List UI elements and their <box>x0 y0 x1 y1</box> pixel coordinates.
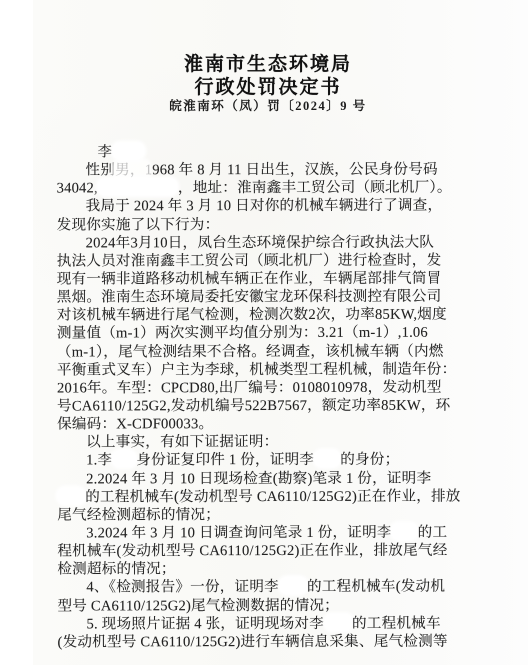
text-segment: 3.2024 年 3 月 10 日调查询问笔录 1 份，证明李 <box>86 525 391 542</box>
text-line: 34042,，地址：淮南鑫丰工贸公司（顾北机厂）。 <box>57 179 517 198</box>
redaction-blur <box>113 452 135 467</box>
text-line: 的工程机械车(发动机型号 CA6110/125G2)正在作业，排放 <box>57 487 517 506</box>
text-segment: 号CA6110/125G2,发动机编号522B7567，额定功率85KW，环 <box>57 398 450 415</box>
text-line: 4、《检测报告》一份，证明李的工程机械车(发动机 <box>57 578 517 597</box>
text-segment: 尾气经检测超标的情况； <box>57 507 220 523</box>
text-segment: 黑烟。淮南生态环境局委托安徽宝龙环保科技测控有限公司 <box>57 289 442 306</box>
text-line: 尾气经检测超标的情况； <box>57 505 517 524</box>
redaction-blur <box>325 615 351 630</box>
redaction-blur <box>99 180 177 195</box>
text-line: 平衡重式叉车）户主为李球，机械类型工程机械，制造年份： <box>57 360 517 379</box>
text-segment: 的工程机械车(发动机型号 CA6110/125G2)正在作业，排放 <box>85 488 460 505</box>
text-segment: 1968 年 8 月 11 日出生，汉族，公民身份号码 <box>145 162 438 179</box>
text-segment: ，地址：淮南鑫丰工贸公司（顾北机厂）。 <box>178 180 452 197</box>
text-segment: 李 <box>97 144 112 160</box>
text-segment: 保编码：X-CDF00033。 <box>57 416 213 432</box>
text-segment: 程机械车(发动机型号 CA6110/125G2)正在作业，排放尾气经 <box>57 543 447 560</box>
text-segment: 我局于 2024 年 3 月 10 日对你的机械车辆进行了调查， <box>86 198 443 215</box>
text-segment: 测量值（m-1）两次实测平均值分别为：3.21（m-1）,1.06 <box>57 325 428 342</box>
text-line: 李 <box>56 143 516 162</box>
text-segment: 34042, <box>57 181 98 197</box>
text-segment: 以上事实，有如下证据证明： <box>86 434 278 450</box>
text-line: (发动机型号 CA6110/125G2)进行车辆信息采集、尾气检测等 <box>57 632 517 651</box>
text-line: 5. 现场照片证据 4 张，证明现场对李的工程机械车 <box>57 614 517 633</box>
text-line: 3.2024 年 3 月 10 日调查询问笔录 1 份，证明李的工 <box>57 523 517 542</box>
text-line: 2024年3月10日，凤台生态环境保护综合行政执法大队 <box>57 233 517 252</box>
redaction-blur <box>393 524 417 539</box>
redaction-blur <box>113 143 143 158</box>
text-segment: 现有一辆非道路移动机械车辆正在作业，车辆尾部排气筒冒 <box>57 271 442 288</box>
text-segment: 2016年。车型：CPCD80,出厂编号：0108010978，发动机型 <box>57 380 442 397</box>
text-line: 对该机械车辆进行尾气检测，检测次数2次，功率85KW,烟度 <box>57 306 517 325</box>
text-segment: 平衡重式叉车）户主为李球，机械类型工程机械，制造年份： <box>57 361 456 378</box>
text-segment: 的身份； <box>340 452 399 468</box>
redaction-blur <box>280 578 306 593</box>
text-segment: 检测超标的情况； <box>57 561 175 577</box>
redaction-blur <box>315 451 339 466</box>
text-segment: 对该机械车辆进行尾气检测，检测次数2次，功率85KW,烟度 <box>57 307 447 324</box>
text-line: 性别男，1968 年 8 月 11 日出生，汉族，公民身份号码 <box>57 161 517 180</box>
text-segment: 4、《检测报告》一份，证明李 <box>86 579 279 595</box>
text-line: 2.2024 年 3 月 10 日现场检查(勘察)笔录 1 份，证明李 <box>57 469 517 488</box>
text-line: （m-1），尾气检测结果不合格。经调查，该机械车辆（内燃 <box>57 342 517 361</box>
text-line: 执法人员对淮南鑫丰工贸公司（顾北机厂）进行检查时，发 <box>57 251 517 270</box>
redaction-blur <box>58 488 84 503</box>
text-segment: 2.2024 年 3 月 10 日现场检查(勘察)笔录 1 份，证明李 <box>86 470 431 487</box>
text-line: 发现你实施了以下行为： <box>57 215 517 234</box>
text-segment: 1.李 <box>86 453 112 469</box>
text-segment: 型号 CA6110/125G2)尾气检测数据的情况； <box>57 597 339 614</box>
text-line: 检测超标的情况； <box>57 560 517 579</box>
text-segment: 2024年3月10日，凤台生态环境保护综合行政执法大队 <box>86 234 434 251</box>
text-segment: 发现你实施了以下行为： <box>57 217 220 233</box>
document-number: 皖淮南环（凤）罚〔2024〕9 号 <box>4 96 528 114</box>
text-segment: 男， <box>115 162 145 178</box>
text-segment: 身份证复印件 1 份，证明李 <box>136 452 314 468</box>
text-line: 以上事实，有如下证据证明： <box>57 433 517 452</box>
text-line: 型号 CA6110/125G2)尾气检测数据的情况； <box>57 596 517 615</box>
text-segment: 性别 <box>86 163 116 179</box>
text-line: 1.李身份证复印件 1 份，证明李的身份； <box>57 451 517 470</box>
text-line: 号CA6110/125G2,发动机编号522B7567，额定功率85KW，环 <box>57 396 517 415</box>
text-segment: 的工程机械车 <box>352 615 441 631</box>
text-line: 现有一辆非道路移动机械车辆正在作业，车辆尾部排气筒冒 <box>57 270 517 289</box>
text-line: 测量值（m-1）两次实测平均值分别为：3.21（m-1）,1.06 <box>57 324 517 343</box>
text-segment: 5. 现场照片证据 4 张，证明现场对李 <box>86 616 324 632</box>
text-line: 2016年。车型：CPCD80,出厂编号：0108010978，发动机型 <box>57 378 517 397</box>
text-segment: (发动机型号 CA6110/125G2)进行车辆信息采集、尾气检测等 <box>57 633 447 650</box>
text-segment: 的工程机械车(发动机 <box>307 579 445 595</box>
text-line: 保编码：X-CDF00033。 <box>57 415 517 434</box>
document-body: 李性别男，1968 年 8 月 11 日出生，汉族，公民身份号码34042,，地… <box>56 143 517 652</box>
text-segment: （m-1），尾气检测结果不合格。经调查，该机械车辆（内燃 <box>57 343 444 360</box>
document-title-line2: 行政处罚决定书 <box>4 72 528 99</box>
text-segment: 的工 <box>418 525 448 541</box>
text-line: 我局于 2024 年 3 月 10 日对你的机械车辆进行了调查， <box>57 197 517 216</box>
text-line: 程机械车(发动机型号 CA6110/125G2)正在作业，排放尾气经 <box>57 542 517 561</box>
page: 淮南市生态环境局 行政处罚决定书 皖淮南环（凤）罚〔2024〕9 号 李性别男，… <box>0 0 528 665</box>
text-segment: 执法人员对淮南鑫丰工贸公司（顾北机厂）进行检查时，发 <box>57 253 442 270</box>
text-line: 黑烟。淮南生态环境局委托安徽宝龙环保科技测控有限公司 <box>57 288 517 307</box>
